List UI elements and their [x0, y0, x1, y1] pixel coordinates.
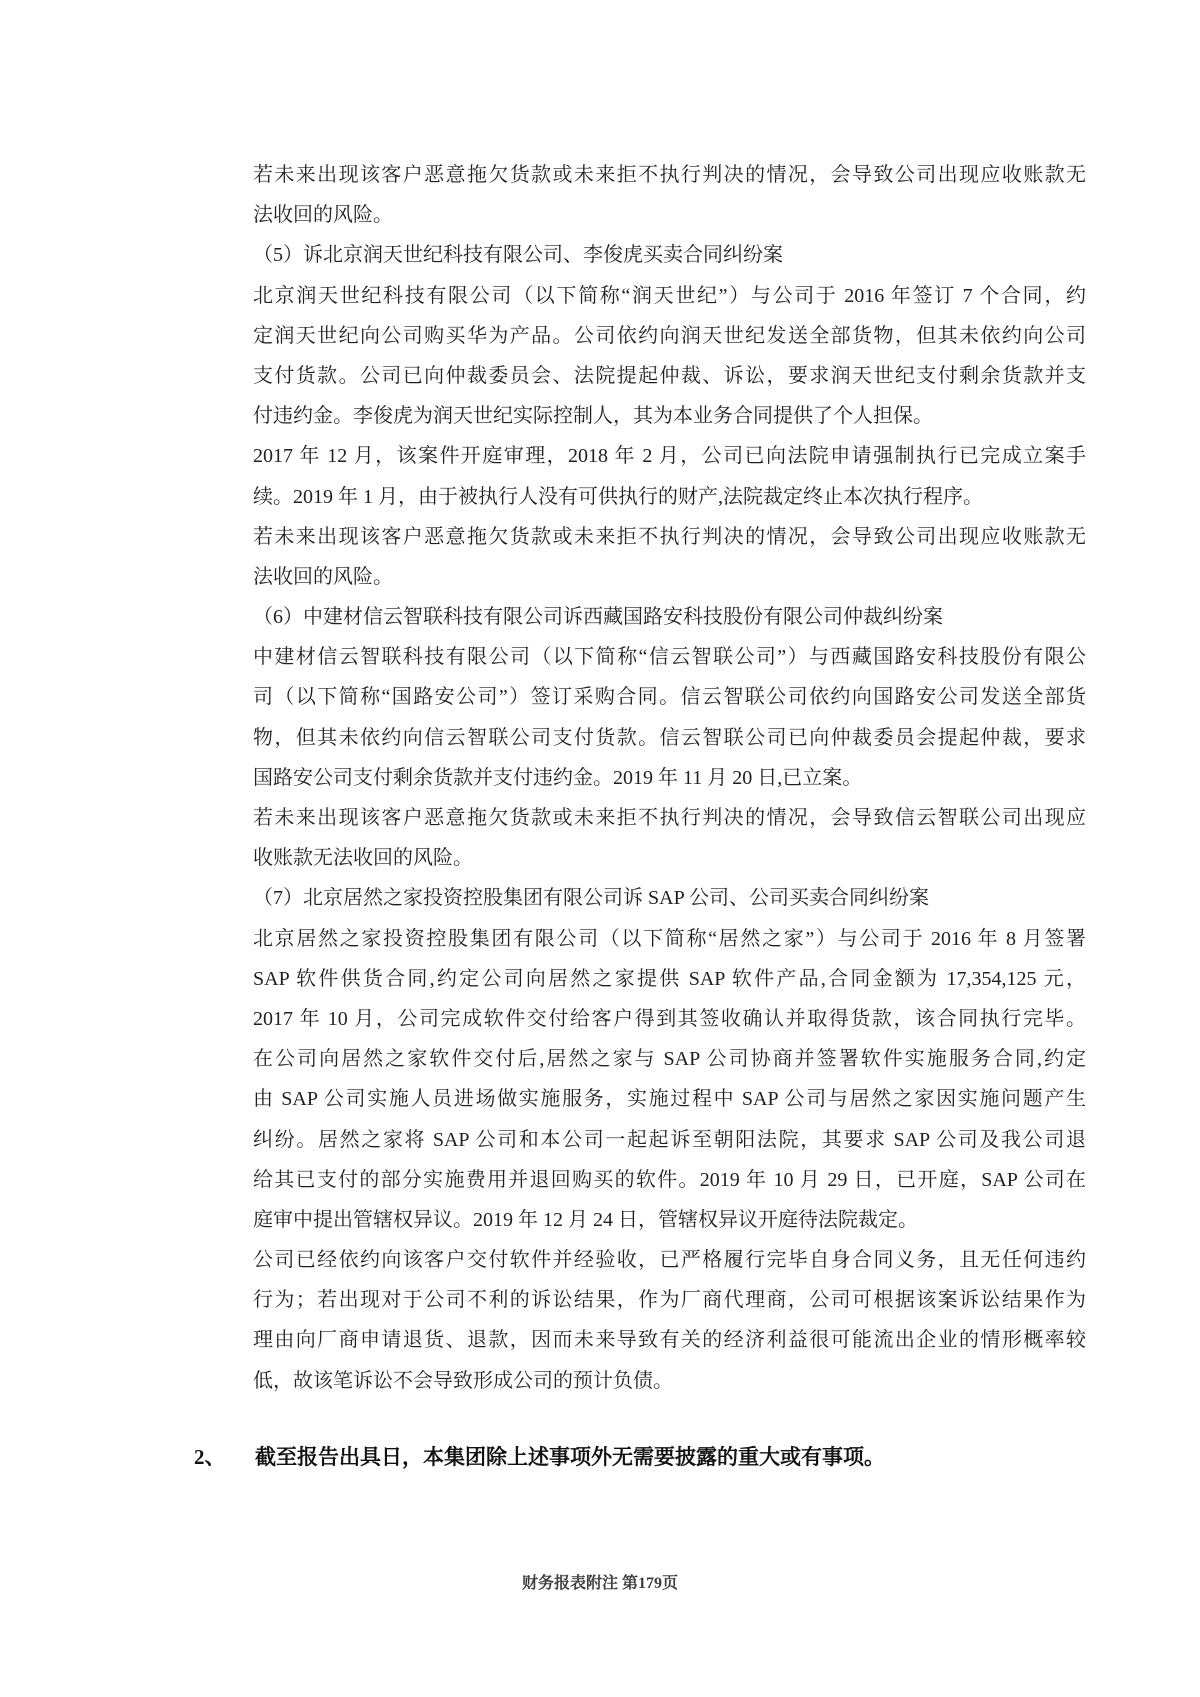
list-item-2-number: 2、: [194, 1437, 255, 1477]
text-line: 付违约金。李俊虎为润天世纪实际控制人，其为本业务合同提供了个人担保。: [253, 396, 1086, 436]
text-line: 由 SAP 公司实施人员进场做实施服务，实施过程中 SAP 公司与居然之家因实施…: [253, 1079, 1086, 1119]
page-footer: 财务报表附注 第179页: [0, 1572, 1200, 1596]
document-page: 若未来出现该客户恶意拖欠货款或未来拒不执行判决的情况，会导致公司出现应收账款无法…: [0, 0, 1200, 1697]
text-line: 物，但其未依约向信云智联公司支付货款。信云智联公司已向仲裁委员会提起仲裁，要求: [253, 718, 1086, 758]
text-line: 理由向厂商申请退货、退款，因而未来导致有关的经济利益很可能流出企业的情形概率较: [253, 1320, 1086, 1360]
text-line: 2017 年 10 月，公司完成软件交付给客户得到其签收确认并取得货款，该合同执…: [253, 999, 1086, 1039]
text-line: 北京居然之家投资控股集团有限公司（以下简称“居然之家”）与公司于 2016 年 …: [253, 919, 1086, 959]
text-line: 2017 年 12 月，该案件开庭审理，2018 年 2 月，公司已向法院申请强…: [253, 436, 1086, 476]
text-line: 法收回的风险。: [253, 195, 1086, 235]
text-line: 续。2019 年 1 月，由于被执行人没有可供执行的财产,法院裁定终止本次执行程…: [253, 477, 1086, 517]
text-line: 公司已经依约向该客户交付软件并经验收，已严格履行完毕自身合同义务，且无任何违约: [253, 1240, 1086, 1280]
text-line: 若未来出现该客户恶意拖欠货款或未来拒不执行判决的情况，会导致公司出现应收账款无: [253, 517, 1086, 557]
text-line: 若未来出现该客户恶意拖欠货款或未来拒不执行判决的情况，会导致公司出现应收账款无: [253, 155, 1086, 195]
text-line: 中建材信云智联科技有限公司（以下简称“信云智联公司”）与西藏国路安科技股份有限公: [253, 637, 1086, 677]
text-line: 北京润天世纪科技有限公司（以下简称“润天世纪”）与公司于 2016 年签订 7 …: [253, 276, 1086, 316]
text-line: （7）北京居然之家投资控股集团有限公司诉 SAP 公司、公司买卖合同纠纷案: [253, 878, 1086, 918]
text-line: 行为；若出现对于公司不利的诉讼结果，作为厂商代理商，公司可根据该案诉讼结果作为: [253, 1280, 1086, 1320]
text-line: 定润天世纪向公司购买华为产品。公司依约向润天世纪发送全部货物，但其未依约向公司: [253, 316, 1086, 356]
text-line: 在公司向居然之家软件交付后,居然之家与 SAP 公司协商并签署软件实施服务合同,…: [253, 1039, 1086, 1079]
text-line: 国路安公司支付剩余货款并支付违约金。2019 年 11 月 20 日,已立案。: [253, 758, 1086, 798]
text-line: 支付货款。公司已向仲裁委员会、法院提起仲裁、诉讼，要求润天世纪支付剩余货款并支: [253, 356, 1086, 396]
text-line: （5）诉北京润天世纪科技有限公司、李俊虎买卖合同纠纷案: [253, 235, 1086, 275]
text-line: 给其已支付的部分实施费用并退回购买的软件。2019 年 10 月 29 日，已开…: [253, 1160, 1086, 1200]
text-line: （6）中建材信云智联科技有限公司诉西藏国路安科技股份有限公司仲裁纠纷案: [253, 597, 1086, 637]
document-body: 若未来出现该客户恶意拖欠货款或未来拒不执行判决的情况，会导致公司出现应收账款无法…: [253, 155, 1086, 1401]
text-line: 低，故该笔诉讼不会导致形成公司的预计负债。: [253, 1361, 1086, 1401]
text-line: SAP 软件供货合同,约定公司向居然之家提供 SAP 软件产品,合同金额为 17…: [253, 959, 1086, 999]
text-line: 法收回的风险。: [253, 557, 1086, 597]
list-item-2: 2、 截至报告出具日，本集团除上述事项外无需要披露的重大或有事项。: [194, 1437, 1094, 1477]
text-line: 司（以下简称“国路安公司”）签订采购合同。信云智联公司依约向国路安公司发送全部货: [253, 677, 1086, 717]
text-line: 若未来出现该客户恶意拖欠货款或未来拒不执行判决的情况，会导致信云智联公司出现应: [253, 798, 1086, 838]
text-line: 收账款无法收回的风险。: [253, 838, 1086, 878]
text-line: 庭审中提出管辖权异议。2019 年 12 月 24 日，管辖权异议开庭待法院裁定…: [253, 1200, 1086, 1240]
text-line: 纠纷。居然之家将 SAP 公司和本公司一起起诉至朝阳法院，其要求 SAP 公司及…: [253, 1120, 1086, 1160]
list-item-2-text: 截至报告出具日，本集团除上述事项外无需要披露的重大或有事项。: [255, 1437, 1094, 1477]
